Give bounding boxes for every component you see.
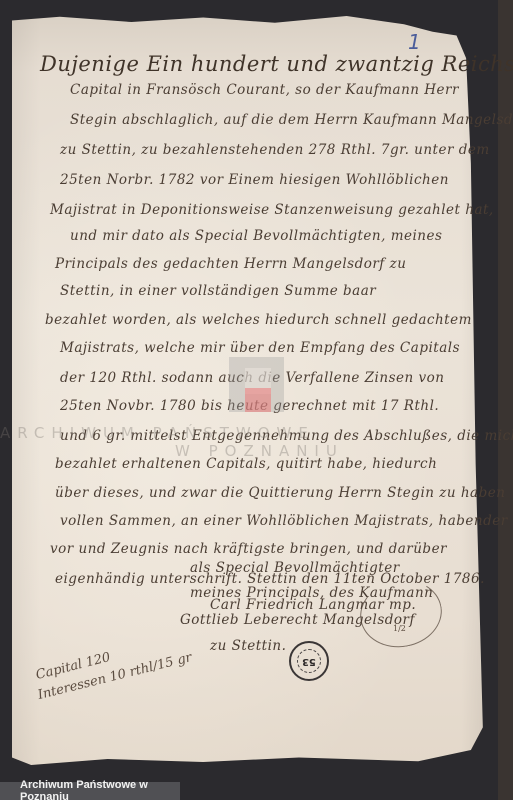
handwritten-line: Stegin abschlaglich, auf die dem Herrn K… bbox=[70, 112, 513, 128]
handwritten-line: als Special Bevollmächtigter bbox=[190, 560, 400, 576]
handwritten-line: Principals des gedachten Herrn Mangelsdo… bbox=[55, 256, 406, 272]
watermark-text-line1: ARCHIWUM PAŃSTWOWE bbox=[0, 424, 315, 442]
handwritten-line: zu Stettin, zu bezahlenstehenden 278 Rth… bbox=[60, 142, 490, 158]
handwritten-line: Majistrats, welche mir über den Empfang … bbox=[60, 340, 460, 356]
archive-stamp: 53 bbox=[289, 641, 329, 681]
small-fraction-mark: 1/2 bbox=[393, 624, 406, 633]
archive-name: Archiwum Państwowe w Poznaniu bbox=[20, 779, 180, 800]
watermark-text-line2: W POZNANIU bbox=[175, 442, 344, 460]
handwritten-line: über dieses, und zwar die Quittierung He… bbox=[55, 485, 505, 501]
handwritten-line: Dujenige Ein hundert und zwantzig Reichs… bbox=[40, 52, 513, 76]
page-number-mark: 1 bbox=[408, 30, 421, 54]
handwritten-line: vollen Sammen, an einer Wohllöblichen Ma… bbox=[60, 513, 508, 529]
watermark-logo-red bbox=[245, 388, 271, 412]
handwritten-line: 25ten Norbr. 1782 vor Einem hiesigen Woh… bbox=[60, 172, 449, 188]
handwritten-line: bezahlet worden, als welches hiedurch sc… bbox=[45, 312, 472, 328]
handwritten-line: und mir dato als Special Bevollmächtigte… bbox=[70, 228, 442, 244]
handwritten-line: zu Stettin. bbox=[210, 638, 286, 654]
stamp-number: 53 bbox=[302, 656, 316, 667]
handwritten-line: Capital in Fransösch Courant, so der Kau… bbox=[70, 82, 459, 98]
handwritten-line: Stettin, in einer vollständigen Summe ba… bbox=[60, 283, 376, 299]
handwritten-line: vor und Zeugnis nach kräftigste bringen,… bbox=[50, 541, 447, 557]
archive-footer-label: Archiwum Państwowe w Poznaniu bbox=[0, 782, 180, 800]
handwritten-line: Majistrat in Deponitionsweise Stanzenwei… bbox=[50, 202, 494, 218]
